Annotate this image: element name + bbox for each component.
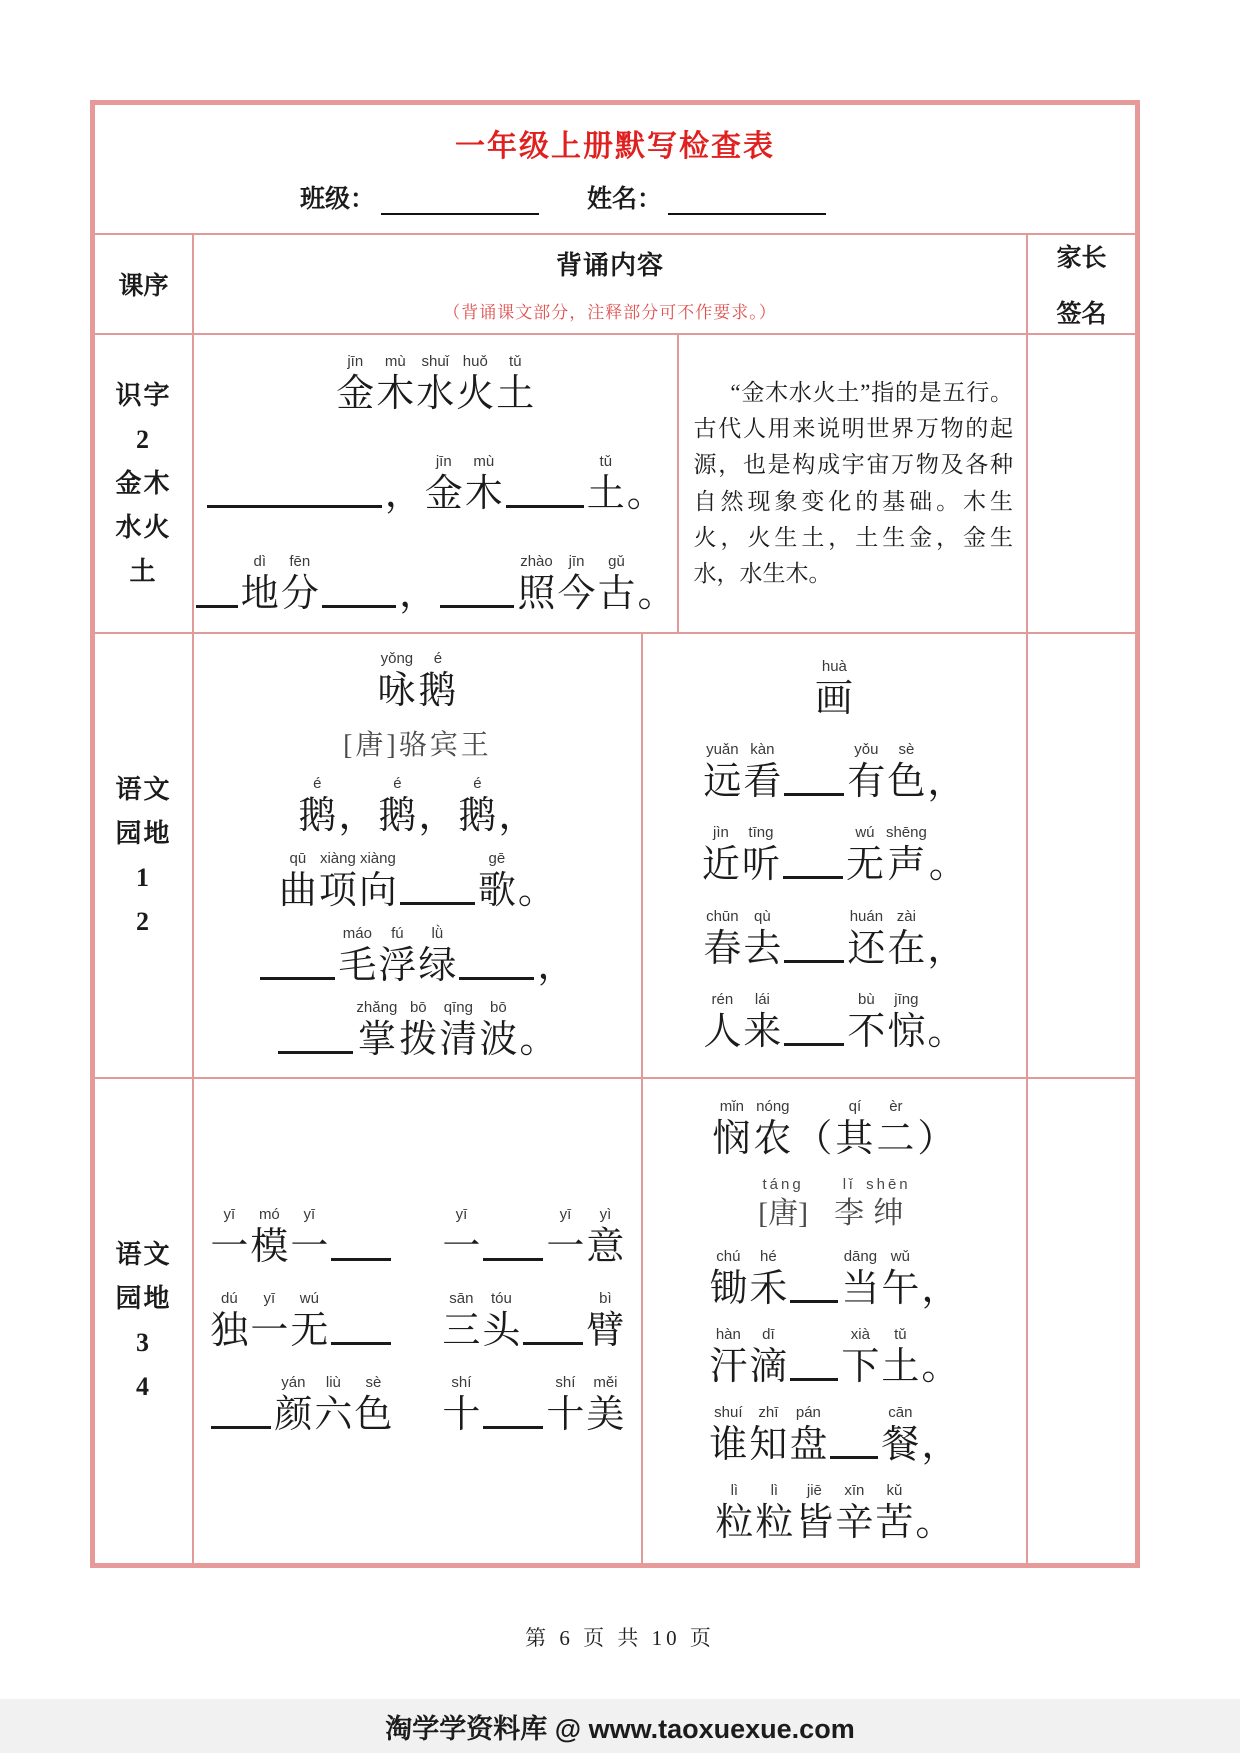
poem-line: qū曲xiàng项xiàng向gē歌 。 [194, 849, 641, 913]
pinyin-text: měi [593, 1373, 617, 1393]
ruby-token: shuǐ水 [416, 352, 454, 416]
pinyin-text: shí [555, 1373, 575, 1393]
lesson-label: 语文 [115, 777, 171, 803]
pinyin-text: jīng [894, 990, 918, 1010]
hanzi-text: 看 [743, 760, 781, 804]
ruby-token: lǜ绿 [418, 924, 456, 988]
hanzi-text: 独 [210, 1309, 248, 1353]
ruby-token: máo毛 [338, 924, 376, 988]
ruby-token: mù木 [465, 452, 503, 516]
lesson-cell-row3: 语文园地34 [95, 1077, 192, 1563]
pinyin-text: wú [855, 823, 874, 843]
poem-line: shuí谁zhī知pán盘cān餐 ， [643, 1403, 1026, 1467]
hanzi-text: 。 [921, 1345, 959, 1389]
hanzi-text: 来 [743, 1010, 781, 1054]
hanzi-text: 金 [336, 372, 374, 416]
hanzi-text: 。 [627, 472, 665, 516]
ruby-token: gǔ古 [598, 552, 636, 616]
ruby-token: huà画 [815, 657, 854, 721]
hanzi-text: 有 [847, 760, 885, 804]
pinyin-text: jīn [569, 552, 585, 572]
poem-line: máo毛fú浮lǜ绿 ， [194, 924, 641, 988]
hanzi-text: ， [921, 1423, 959, 1467]
pinyin-text: qù [754, 907, 771, 927]
poem-line: é鹅 ，é鹅 ，é鹅 ， [194, 774, 641, 838]
header-parent-sign: 家长 签名 [1026, 233, 1135, 333]
ruby-token: shí十 [442, 1373, 480, 1437]
pinyin-text: hàn [716, 1325, 741, 1345]
ruby-token: zhào照 [517, 552, 555, 616]
hanzi-text: 惊 [887, 1010, 925, 1054]
hanzi-text: 六 [314, 1393, 352, 1437]
hanzi-text: 还 [847, 927, 885, 971]
hanzi-text: 十 [546, 1393, 584, 1437]
blank-underline [784, 793, 844, 796]
hanzi-text: 午 [881, 1267, 919, 1311]
poem-line: zhǎng掌bō拨qīng清bō波 。 [194, 998, 641, 1062]
hanzi-text: 。 [929, 843, 967, 887]
ruby-token: bō拨 [399, 998, 437, 1062]
lesson-label: 水火 [115, 515, 171, 541]
hanzi-text: 无 [846, 843, 884, 887]
blank-underline [784, 1043, 844, 1046]
hanzi-text: 粒 [755, 1501, 793, 1545]
ruby-token: kǔ苦 [875, 1481, 913, 1545]
ruby-token: é鹅 [458, 774, 496, 838]
hanzi-text: 金 [425, 472, 463, 516]
ruby-token: 。 [518, 849, 556, 913]
dictation-line: dì地fēn分 ，zhào照jīn今gǔ古 。 [194, 552, 677, 616]
pinyin-text [402, 452, 406, 472]
hanzi-text: 水 [416, 372, 454, 416]
blank-underline [331, 1258, 391, 1261]
pinyin-text: nóng [756, 1097, 789, 1117]
ruby-token: qù去 [743, 907, 781, 971]
explanation-paragraph: “金木水火土”指的是五行。古代人用来说明世界万物的起源，也是构成宇宙万物及各种自… [694, 375, 1013, 593]
ruby-token: èr二 [876, 1097, 915, 1161]
class-name-line: 班级： 姓名： [43, 179, 1083, 215]
pinyin-text [435, 774, 439, 794]
poem-title-hua: huà画 [643, 657, 1026, 721]
lesson-label: 3 [136, 1330, 151, 1356]
pinyin-text: kàn [750, 740, 774, 760]
ruby-token: ） [917, 1097, 956, 1161]
hanzi-text: 向 [359, 869, 397, 913]
explanation-block: “金木水火土”指的是五行。古代人用来说明世界万物的起源，也是构成宇宙万物及各种自… [677, 335, 1026, 632]
pinyin-text: zhào [520, 552, 553, 572]
pinyin-text: pán [796, 1403, 821, 1423]
hanzi-text: 远 [703, 760, 741, 804]
dictation-block-jinmushuihuotu: jīn金mù木shuǐ水huǒ火tǔ土 ，jīn金mù木tǔ土 。 dì地fēn… [194, 335, 677, 632]
pinyin-text: bù [858, 990, 875, 1010]
pinyin-text [944, 907, 948, 927]
hanzi-text: 头 [482, 1309, 520, 1353]
hanzi-text: 一 [290, 1225, 328, 1269]
ruby-token: wǔ午 [881, 1247, 919, 1311]
lesson-label: 识字 [115, 383, 171, 409]
pinyin-text [932, 1481, 936, 1501]
site-footer: 淘学学资料库 @ www.taoxuexue.com [0, 1699, 1240, 1753]
content-cell-row3: yī一mó模yī一yī一yī一yì意 dú独yī一wú无sān三tóu头bì臂 … [192, 1077, 1026, 1563]
pinyin-text: èr [889, 1097, 902, 1117]
hanzi-text: 禾 [749, 1267, 787, 1311]
hanzi-text: ， [927, 927, 965, 971]
blank-underline [784, 960, 844, 963]
ruby-token: bō波 [479, 998, 517, 1062]
ruby-token: lái来 [743, 990, 781, 1054]
pinyin-text: qīng [444, 998, 473, 1018]
hanzi-text: 谁 [709, 1423, 747, 1467]
ruby-token: zhǎng掌 [356, 998, 397, 1062]
hanzi-text: 土 [587, 472, 625, 516]
pinyin-text: lǐ [843, 1175, 856, 1195]
hanzi-text: 画 [815, 677, 854, 721]
ruby-token: ， [338, 774, 376, 838]
pinyin-text [515, 774, 519, 794]
hanzi-text: 颜 [274, 1393, 312, 1437]
ruby-token: 。 [915, 1481, 953, 1545]
hanzi-text: 色 [354, 1393, 392, 1437]
ruby-token: ， [921, 1247, 959, 1311]
ruby-token: huán还 [847, 907, 885, 971]
blank-underline [322, 605, 396, 608]
pinyin-text [812, 1097, 816, 1117]
ruby-token: chūn春 [703, 907, 741, 971]
blank-underline [207, 505, 382, 508]
ruby-token: jìn近 [702, 823, 740, 887]
pinyin-text: mù [473, 452, 494, 472]
hanzi-text: 掌 [358, 1018, 396, 1062]
ruby-token: měi美 [586, 1373, 624, 1437]
blank-underline [260, 977, 335, 980]
ruby-token: ， [537, 924, 575, 988]
ruby-token: wú无 [846, 823, 884, 887]
blank-underline [783, 876, 843, 879]
ruby-token: qīng清 [439, 998, 477, 1062]
hanzi-text: 臂 [586, 1309, 624, 1353]
hanzi-text: 汗 [709, 1345, 747, 1389]
pinyin-text [416, 552, 420, 572]
pinyin-text: tǔ [509, 352, 522, 372]
ruby-token: xiàng项 [319, 849, 357, 913]
hanzi-text: 毛 [338, 944, 376, 988]
hanzi-text: ， [498, 794, 536, 838]
ruby-token: cān餐 [881, 1403, 919, 1467]
content-cell-row1: jīn金mù木shuǐ水huǒ火tǔ土 ，jīn金mù木tǔ土 。 dì地fēn… [192, 333, 1026, 632]
ruby-token: lì粒 [715, 1481, 753, 1545]
hanzi-text: 意 [586, 1225, 624, 1269]
pinyin-text: jīn [436, 452, 452, 472]
ruby-token: jīng惊 [887, 990, 925, 1054]
ruby-token: é鹅 [378, 774, 416, 838]
hanzi-text: 锄 [709, 1267, 747, 1311]
hanzi-text: 三 [442, 1309, 480, 1353]
pinyin-text: mó [259, 1205, 280, 1225]
pinyin-text: tǔ [894, 1325, 907, 1345]
pinyin-text: lái [755, 990, 770, 1010]
hanzi-text: 一 [546, 1225, 584, 1269]
poem-line: jìn近tīng听wú无shēng声 。 [643, 823, 1026, 887]
ruby-token: é鹅 [418, 649, 457, 713]
ruby-token: yī一 [250, 1289, 288, 1353]
ruby-token: hé禾 [749, 1247, 787, 1311]
idiom-block: yī一mó模yī一yī一yī一yì意 dú独yī一wú无sān三tóu头bì臂 … [194, 1079, 641, 1563]
ruby-token: xīn辛 [835, 1481, 873, 1545]
poem-line: chú锄hé禾dāng当wǔ午 ， [643, 1247, 1026, 1311]
hanzi-text: ， [418, 794, 456, 838]
hanzi-text: 美 [586, 1393, 624, 1437]
pinyin-text: yī [456, 1205, 468, 1225]
ruby-token: yǒng咏 [377, 649, 416, 713]
hanzi-text: 鹅 [418, 669, 457, 713]
blank-underline [211, 1426, 271, 1429]
name-blank [668, 187, 826, 215]
pinyin-text: bō [490, 998, 507, 1018]
pinyin-text: dì [254, 552, 267, 572]
hanzi-text: ， [927, 760, 965, 804]
pinyin-text [355, 774, 359, 794]
pinyin-text [938, 1325, 942, 1345]
ruby-token: fēn分 [281, 552, 319, 616]
pinyin-text: xiàng [360, 849, 396, 869]
ruby-token: ， [921, 1403, 959, 1467]
idiom-line: dú独yī一wú无sān三tóu头bì臂 [194, 1289, 641, 1353]
poem-hua: huà画 yuǎn远kàn看yǒu有sè色 ， jìn近tīng听wú无shēn… [641, 634, 1026, 1077]
idiom-line: yán颜liù六sè色shí十shí十měi美 [194, 1373, 641, 1437]
poem-minnong: mǐn悯nóng农 （qí其èr二 ） táng[唐]lǐ李shēn绅 chú锄… [641, 1079, 1026, 1563]
hanzi-text: 绅 [873, 1195, 903, 1233]
hanzi-text: 一 [250, 1309, 288, 1353]
hanzi-text: 近 [702, 843, 740, 887]
ruby-token: yán颜 [274, 1373, 312, 1437]
header-content-title: 背诵内容 [556, 245, 664, 282]
pinyin-text [554, 924, 558, 944]
ruby-token: （ [794, 1097, 833, 1161]
ruby-token: dāng当 [841, 1247, 879, 1311]
hanzi-text: 木 [465, 472, 503, 516]
pinyin-text: é [313, 774, 321, 794]
hanzi-text: 辛 [835, 1501, 873, 1545]
ruby-token: tǔ土 [496, 352, 534, 416]
hanzi-text: 木 [376, 372, 414, 416]
ruby-token: é鹅 [298, 774, 336, 838]
pinyin-text [938, 1403, 942, 1423]
ruby-token: yī一 [290, 1205, 328, 1269]
hanzi-text: 分 [281, 572, 319, 616]
pinyin-text: tīng [748, 823, 773, 843]
hanzi-text: 春 [703, 927, 741, 971]
ruby-token: liù六 [314, 1373, 352, 1437]
poem-author-luobinwang: [唐]骆宾王 [194, 723, 641, 763]
hanzi-text: 听 [742, 843, 780, 887]
ruby-token: ， [418, 774, 456, 838]
hanzi-text: 十 [442, 1393, 480, 1437]
hanzi-text: 。 [518, 869, 556, 913]
name-field: 姓名： [587, 179, 826, 215]
header-content-note: （背诵课文部分，注释部分可不作要求。） [443, 298, 777, 323]
hanzi-text: 绿 [418, 944, 456, 988]
hanzi-text: 。 [915, 1501, 953, 1545]
hanzi-text: 当 [841, 1267, 879, 1311]
hanzi-text: 项 [319, 869, 357, 913]
lesson-label: 4 [136, 1374, 151, 1400]
page-title: 一年级上册默写检查表 [95, 121, 1135, 165]
class-blank [381, 187, 539, 215]
pinyin-text: é [393, 774, 401, 794]
hanzi-text: 皆 [795, 1501, 833, 1545]
hanzi-text: ， [921, 1267, 959, 1311]
pinyin-text: é [473, 774, 481, 794]
pinyin-text: liù [326, 1373, 341, 1393]
pinyin-text: máo [343, 924, 372, 944]
ruby-token: xiàng向 [359, 849, 397, 913]
ruby-token: tīng听 [742, 823, 780, 887]
pinyin-text [946, 823, 950, 843]
pinyin-text: xiàng [320, 849, 356, 869]
hanzi-text: 在 [887, 927, 925, 971]
hanzi-text: 无 [290, 1309, 328, 1353]
blank-underline [440, 605, 514, 608]
pinyin-text: shēng [886, 823, 927, 843]
header-content: 背诵内容 （背诵课文部分，注释部分可不作要求。） [192, 233, 1026, 333]
pinyin-text [938, 1247, 942, 1267]
ruby-token: huǒ火 [456, 352, 494, 416]
lesson-label: 语文 [115, 1242, 171, 1268]
ruby-token: jiē皆 [795, 1481, 833, 1545]
pinyin-text: lǜ [432, 924, 444, 944]
ruby-token: yī一 [546, 1205, 584, 1269]
ruby-token: shí十 [546, 1373, 584, 1437]
pinyin-text: zhī [758, 1403, 778, 1423]
ruby-token: qū曲 [279, 849, 317, 913]
pinyin-text: qí [849, 1097, 862, 1117]
idiom-line: yī一mó模yī一yī一yī一yì意 [194, 1205, 641, 1269]
pinyin-text: dī [762, 1325, 775, 1345]
hanzi-text: ， [399, 572, 437, 616]
ruby-token: mù木 [376, 352, 414, 416]
hanzi-text: 声 [887, 843, 925, 887]
hanzi-text: 咏 [377, 669, 416, 713]
blank-underline [196, 605, 238, 608]
class-label: 班级： [300, 179, 375, 215]
ruby-token: táng[唐] [758, 1175, 808, 1233]
pinyin-text [944, 740, 948, 760]
ruby-token: sè色 [354, 1373, 392, 1437]
pinyin-text: yán [281, 1373, 305, 1393]
lesson-label: 园地 [115, 821, 171, 847]
name-label: 姓名： [587, 179, 662, 215]
hanzi-text: 歌 [478, 869, 516, 913]
ruby-token: chú锄 [709, 1247, 747, 1311]
hanzi-text: 鹅 [298, 794, 336, 838]
pinyin-text: cān [888, 1403, 912, 1423]
hanzi-text: 粒 [715, 1501, 753, 1545]
ruby-token: zài在 [887, 907, 925, 971]
ruby-token: 。 [927, 990, 965, 1054]
pinyin-text: tóu [491, 1289, 512, 1309]
header-parent-sign-line1: 家长 [1056, 238, 1106, 274]
ruby-token: shēn绅 [866, 1175, 911, 1233]
dictation-line: ，jīn金mù木tǔ土 。 [194, 452, 677, 516]
hanzi-text: 今 [557, 572, 595, 616]
recitation-table: 课序 背诵内容 （背诵课文部分，注释部分可不作要求。） 家长 签名 识字2金木水… [95, 233, 1135, 1563]
hanzi-text: 李 [834, 1195, 864, 1233]
ruby-token: ， [399, 552, 437, 616]
ruby-token: wú无 [290, 1289, 328, 1353]
hanzi-text: 土 [881, 1345, 919, 1389]
dictation-title-line: jīn金mù木shuǐ水huǒ火tǔ土 [194, 352, 677, 416]
class-field: 班级： [300, 179, 539, 215]
hanzi-text: [唐] [758, 1195, 808, 1233]
pinyin-text: yī [264, 1289, 276, 1309]
ruby-token: dú独 [210, 1289, 248, 1353]
lesson-label: 1 [136, 865, 151, 891]
pinyin-text: yī [560, 1205, 572, 1225]
pinyin-text: huán [850, 907, 883, 927]
ruby-token: 。 [519, 998, 557, 1062]
pinyin-text: táng [763, 1175, 804, 1195]
hanzi-text: 下 [841, 1345, 879, 1389]
hanzi-text: 拨 [399, 1018, 437, 1062]
pinyin-text: zhǎng [356, 998, 397, 1018]
poem-title-minnong: mǐn悯nóng农 （qí其èr二 ） [643, 1097, 1026, 1161]
pinyin-text: dāng [844, 1247, 877, 1267]
lesson-cell-row1: 识字2金木水火土 [95, 333, 192, 632]
ruby-token: mó模 [250, 1205, 288, 1269]
lesson-label: 土 [129, 559, 157, 585]
hanzi-text: 悯 [712, 1117, 751, 1161]
pinyin-text: gǔ [608, 552, 625, 572]
ruby-token: 。 [638, 552, 676, 616]
pinyin-text: sè [898, 740, 914, 760]
hanzi-text: ） [917, 1117, 956, 1161]
pinyin-text: shēn [866, 1175, 911, 1195]
ruby-token: bù不 [847, 990, 885, 1054]
blank-underline [790, 1300, 838, 1303]
pinyin-text: jīn [347, 352, 363, 372]
ruby-token: yī一 [442, 1205, 480, 1269]
pinyin-text: xià [851, 1325, 870, 1345]
page-number: 第 6 页 共 10 页 [0, 1622, 1240, 1652]
ruby-token: jīn金 [336, 352, 374, 416]
hanzi-text: 人 [703, 1010, 741, 1054]
ruby-token: lǐ李 [834, 1175, 864, 1233]
hanzi-text: 土 [496, 372, 534, 416]
hanzi-text: 。 [927, 1010, 965, 1054]
ruby-token: pán盘 [789, 1403, 827, 1467]
pinyin-text: bì [599, 1289, 612, 1309]
blank-underline [483, 1426, 543, 1429]
hanzi-text: ， [537, 944, 575, 988]
hanzi-text: （ [794, 1117, 833, 1161]
ruby-token: qí其 [835, 1097, 874, 1161]
hanzi-text: ， [385, 472, 423, 516]
pinyin-text: gē [489, 849, 506, 869]
lesson-label: 金木 [115, 471, 171, 497]
pinyin-text: é [434, 649, 442, 669]
hanzi-text: 波 [479, 1018, 517, 1062]
lesson-label: 园地 [115, 1286, 171, 1312]
poem-line: lì粒lì粒jiē皆xīn辛kǔ苦 。 [643, 1481, 1026, 1545]
pinyin-text: yī [224, 1205, 236, 1225]
ruby-token: kàn看 [743, 740, 781, 804]
ruby-token: 。 [627, 452, 665, 516]
ruby-token: bì臂 [586, 1289, 624, 1353]
hanzi-text: 清 [439, 1018, 477, 1062]
ruby-token: sān三 [442, 1289, 480, 1353]
pinyin-text [536, 998, 540, 1018]
ruby-token: sè色 [887, 740, 925, 804]
